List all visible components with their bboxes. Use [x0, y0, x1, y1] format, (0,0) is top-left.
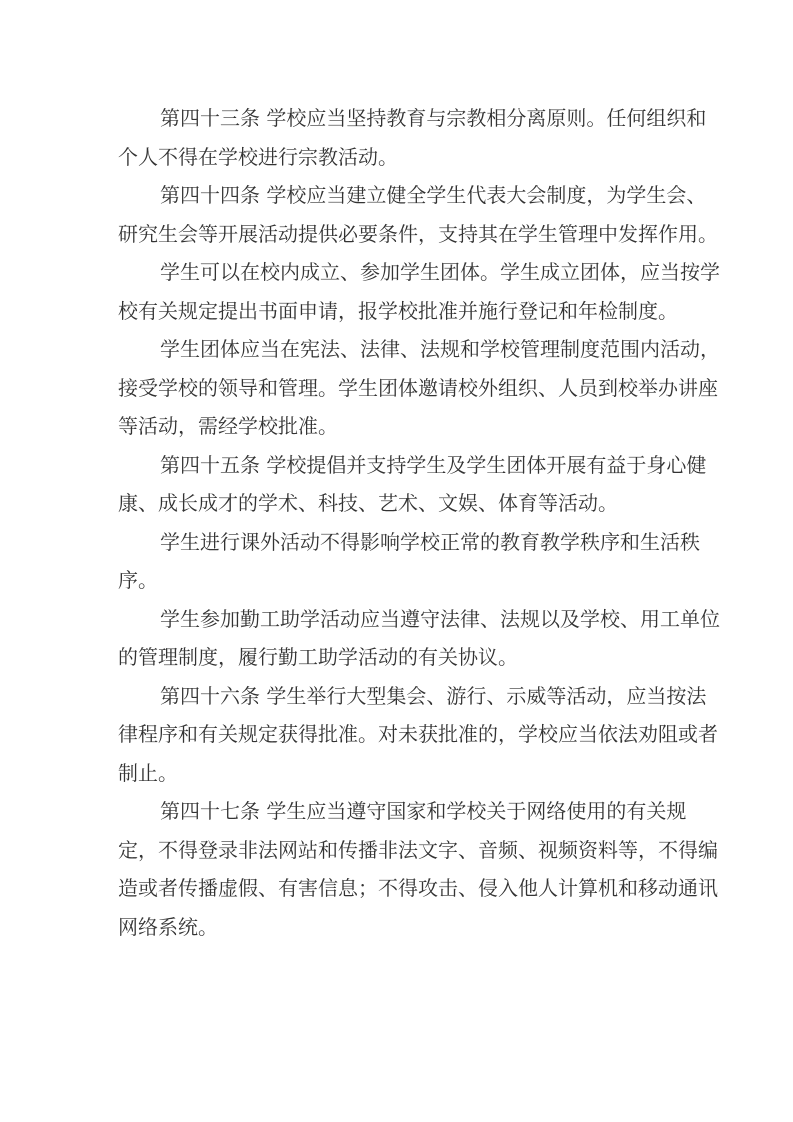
student-groups-line-1: 学生可以在校内成立、参加学生团体。学生成立团体，应当按学	[160, 257, 674, 287]
group-activities-line-3: 等活动，需经学校批准。	[118, 411, 674, 441]
article-44-line-2: 研究生会等开展活动提供必要条件，支持其在学生管理中发挥作用。	[118, 219, 674, 249]
document-page: 第四十三条 学校应当坚持教育与宗教相分离原则。任何组织和 个人不得在学校进行宗教…	[0, 0, 793, 1122]
work-study-line-2: 的管理制度，履行勤工助学活动的有关协议。	[118, 642, 674, 672]
article-44-line-1: 第四十四条 学校应当建立健全学生代表大会制度，为学生会、	[160, 180, 674, 210]
article-47-line-4: 网络系统。	[118, 912, 674, 942]
article-43-line-2: 个人不得在学校进行宗教活动。	[118, 142, 674, 172]
extracurricular-line-2: 序。	[118, 565, 674, 595]
extracurricular-line-1: 学生进行课外活动不得影响学校正常的教育教学秩序和生活秩	[160, 527, 674, 557]
group-activities-line-1: 学生团体应当在宪法、法律、法规和学校管理制度范围内活动，	[160, 334, 674, 364]
group-activities-line-2: 接受学校的领导和管理。学生团体邀请校外组织、人员到校举办讲座	[118, 373, 674, 403]
article-46-line-1: 第四十六条 学生举行大型集会、游行、示威等活动，应当按法	[160, 681, 674, 711]
article-43-line-1: 第四十三条 学校应当坚持教育与宗教相分离原则。任何组织和	[160, 103, 674, 133]
article-46-line-3: 制止。	[118, 758, 674, 788]
article-47-line-3: 造或者传播虚假、有害信息；不得攻击、侵入他人计算机和移动通讯	[118, 873, 674, 903]
article-47-line-1: 第四十七条 学生应当遵守国家和学校关于网络使用的有关规	[160, 796, 674, 826]
article-46-line-2: 律程序和有关规定获得批准。对未获批准的，学校应当依法劝阻或者	[118, 719, 674, 749]
article-45-line-2: 康、成长成才的学术、科技、艺术、文娱、体育等活动。	[118, 488, 674, 518]
article-47-line-2: 定，不得登录非法网站和传播非法文字、音频、视频资料等，不得编	[118, 835, 674, 865]
student-groups-line-2: 校有关规定提出书面申请，报学校批准并施行登记和年检制度。	[118, 296, 674, 326]
work-study-line-1: 学生参加勤工助学活动应当遵守法律、法规以及学校、用工单位	[160, 604, 674, 634]
article-45-line-1: 第四十五条 学校提倡并支持学生及学生团体开展有益于身心健	[160, 450, 674, 480]
